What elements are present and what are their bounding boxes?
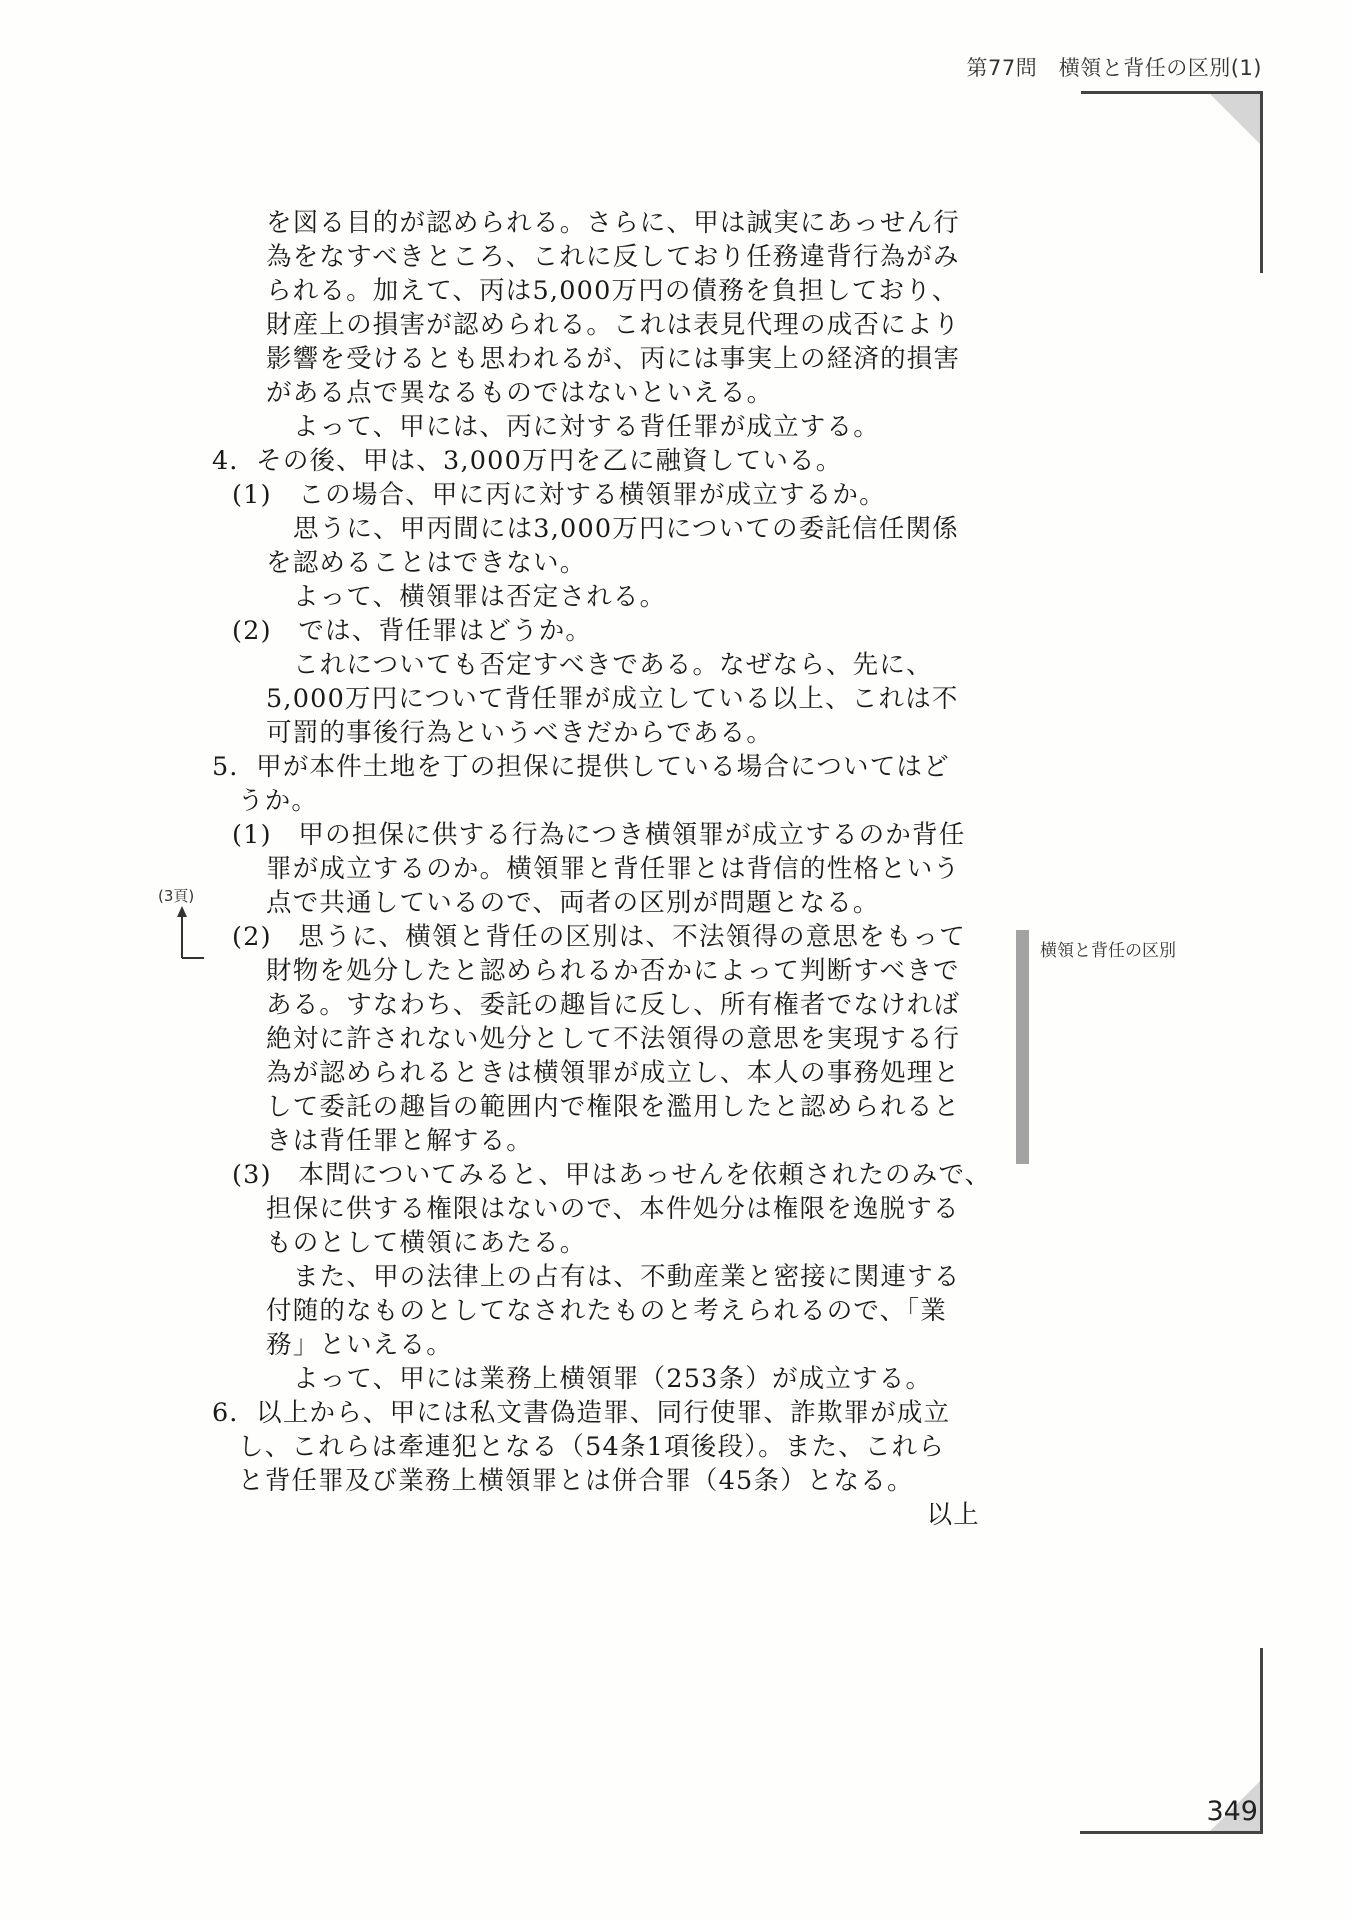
text-line: 財物を処分したと認められるか否かによって判断すべきで bbox=[266, 954, 960, 988]
corner-bracket-bottom-vertical bbox=[1260, 1648, 1263, 1834]
text-line: られる。加えて、丙は5,000万円の債務を負担しており、 bbox=[266, 274, 959, 308]
section-heading-4: 4．その後、甲は、3,000万円を乙に融資している。 bbox=[212, 444, 842, 478]
corner-bracket-bottom-horizontal bbox=[1080, 1831, 1263, 1834]
subsection-heading: (1) この場合、甲に丙に対する横領罪が成立するか。 bbox=[232, 478, 886, 512]
section-heading-5: 5．甲が本件土地を丁の担保に提供している場合についてはど bbox=[212, 750, 950, 784]
text-line: 可罰的事後行為というべきだからである。 bbox=[266, 716, 773, 750]
text-line: 絶対に許されない処分として不法領得の意思を実現する行 bbox=[266, 1022, 960, 1056]
closing-mark: 以上 bbox=[880, 1498, 980, 1532]
text-line: し、これらは牽連犯となる（54条1項後段）。また、これら bbox=[238, 1430, 945, 1464]
subsection-heading: (2) では、背任罪はどうか。 bbox=[232, 614, 592, 648]
text-line: ある。すなわち、委託の趣旨に反し、所有権者でなければ bbox=[266, 988, 960, 1022]
reference-arrow-icon bbox=[176, 906, 206, 962]
text-line: 5,000万円について背任罪が成立している以上、これは不 bbox=[266, 682, 959, 716]
text-line: 為が認められるときは横領罪が成立し、本人の事務処理と bbox=[266, 1056, 960, 1090]
text-line: 影響を受けるとも思われるが、丙には事実上の経済的損害 bbox=[266, 342, 960, 376]
text-line: を認めることはできない。 bbox=[266, 546, 586, 580]
text-line: 務」といえる。 bbox=[266, 1328, 453, 1362]
subsection-heading: (3) 本問についてみると、甲はあっせんを依頼されたのみで、 bbox=[232, 1158, 991, 1192]
text-line: と背任罪及び業務上横領罪とは併合罪（45条）となる。 bbox=[238, 1464, 914, 1498]
text-line: 付随的なものとしてなされたものと考えられるので、「業 bbox=[266, 1294, 947, 1328]
text-line: また、甲の法律上の占有は、不動産業と密接に関連する bbox=[293, 1260, 961, 1294]
text-line: 担保に供する権限はないので、本件処分は権限を逸脱する bbox=[266, 1192, 960, 1226]
conclusion-line: よって、甲には、丙に対する背任罪が成立する。 bbox=[293, 410, 880, 444]
margin-topic-label: 横領と背任の区別 bbox=[1040, 936, 1176, 961]
subsection-heading: (1) 甲の担保に供する行為につき横領罪が成立するのか背任 bbox=[232, 818, 965, 852]
conclusion-line: よって、甲には業務上横領罪（253条）が成立する。 bbox=[293, 1362, 932, 1396]
conclusion-line: よって、横領罪は否定される。 bbox=[293, 580, 666, 614]
page-reference-label: (3頁) bbox=[158, 885, 194, 906]
text-line: 思うに、甲丙間には3,000万円についての委託信任関係 bbox=[293, 512, 959, 546]
text-line: きは背任罪と解する。 bbox=[266, 1124, 533, 1158]
text-line: がある点で異なるものではないといえる。 bbox=[266, 376, 773, 410]
running-head: 第77問 横領と背任の区別(1) bbox=[900, 52, 1262, 82]
corner-bracket-top-vertical bbox=[1260, 91, 1263, 273]
text-line: 為をなすべきところ、これに反しており任務違背行為がみ bbox=[266, 240, 960, 274]
text-line: 点で共通しているので、両者の区別が問題となる。 bbox=[266, 886, 880, 920]
subsection-heading: (2) 思うに、横領と背任の区別は、不法領得の意思をもって bbox=[232, 920, 966, 954]
text-line: して委託の趣旨の範囲内で権限を濫用したと認められると bbox=[266, 1090, 960, 1124]
text-line: 財産上の損害が認められる。これは表見代理の成否により bbox=[266, 308, 960, 342]
section-heading-6: 6．以上から、甲には私文書偽造罪、同行使罪、詐欺罪が成立 bbox=[212, 1396, 950, 1430]
text-line: ものとして横領にあたる。 bbox=[266, 1226, 586, 1260]
text-line: を図る目的が認められる。さらに、甲は誠実にあっせん行 bbox=[266, 206, 960, 240]
margin-bar bbox=[1016, 930, 1029, 1164]
text-line: 罪が成立するのか。横領罪と背任罪とは背信的性格という bbox=[266, 852, 960, 886]
page-number: 349 bbox=[1170, 1796, 1258, 1827]
text-line: これについても否定すべきである。なぜなら、先に、 bbox=[293, 648, 933, 682]
text-line: うか。 bbox=[238, 784, 318, 818]
corner-triangle-top bbox=[1210, 94, 1260, 144]
